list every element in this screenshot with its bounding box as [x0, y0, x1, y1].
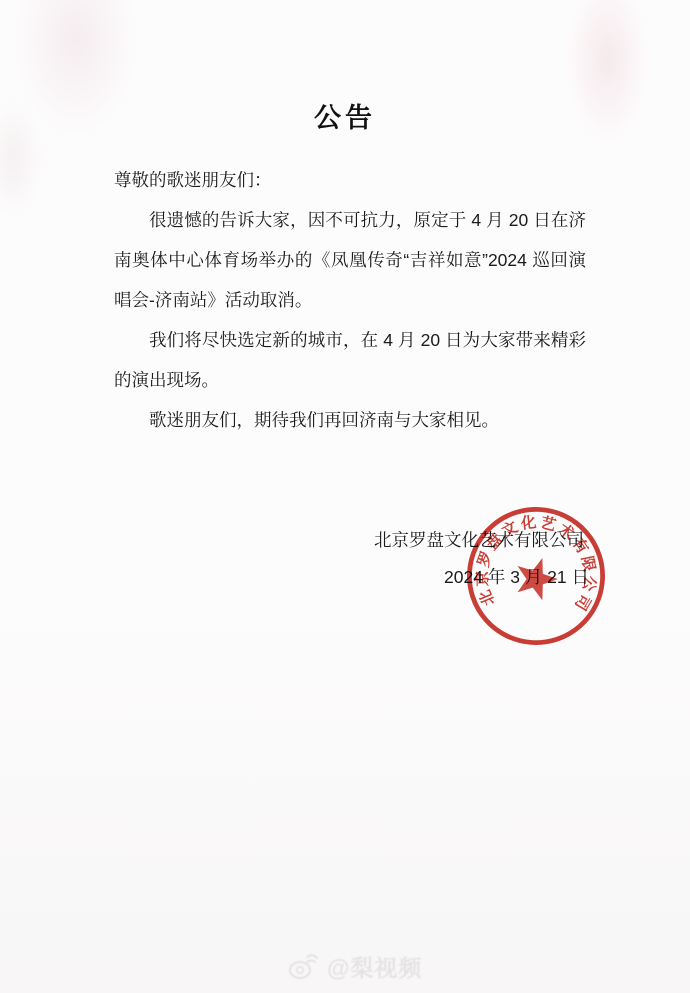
paragraph-new-city: 我们将尽快选定新的城市，在 4 月 20 日为大家带来精彩的演出现场。 — [114, 320, 586, 400]
salutation: 尊敬的歌迷朋友们： — [114, 160, 586, 200]
announcement-document: 公告 尊敬的歌迷朋友们： 很遗憾的告诉大家，因不可抗力，原定于 4 月 20 日… — [0, 0, 690, 993]
watermark: @梨视频 — [288, 950, 422, 983]
watermark-label: @梨视频 — [327, 950, 422, 983]
paragraph-cancellation: 很遗憾的告诉大家，因不可抗力，原定于 4 月 20 日在济南奥体中心体育场举办的… — [114, 200, 586, 320]
signature-date: 2024 年 3 月 21 日 — [444, 564, 589, 589]
document-body: 尊敬的歌迷朋友们： 很遗憾的告诉大家，因不可抗力，原定于 4 月 20 日在济南… — [114, 160, 586, 440]
seal-ring-text: 北京罗盘文化艺术有限公司 — [470, 509, 603, 617]
weibo-icon — [288, 954, 318, 980]
signature-company: 北京罗盘文化艺术有限公司 — [374, 527, 584, 552]
paragraph-farewell: 歌迷朋友们，期待我们再回济南与大家相见。 — [114, 400, 586, 440]
page-title: 公告 — [0, 96, 690, 135]
